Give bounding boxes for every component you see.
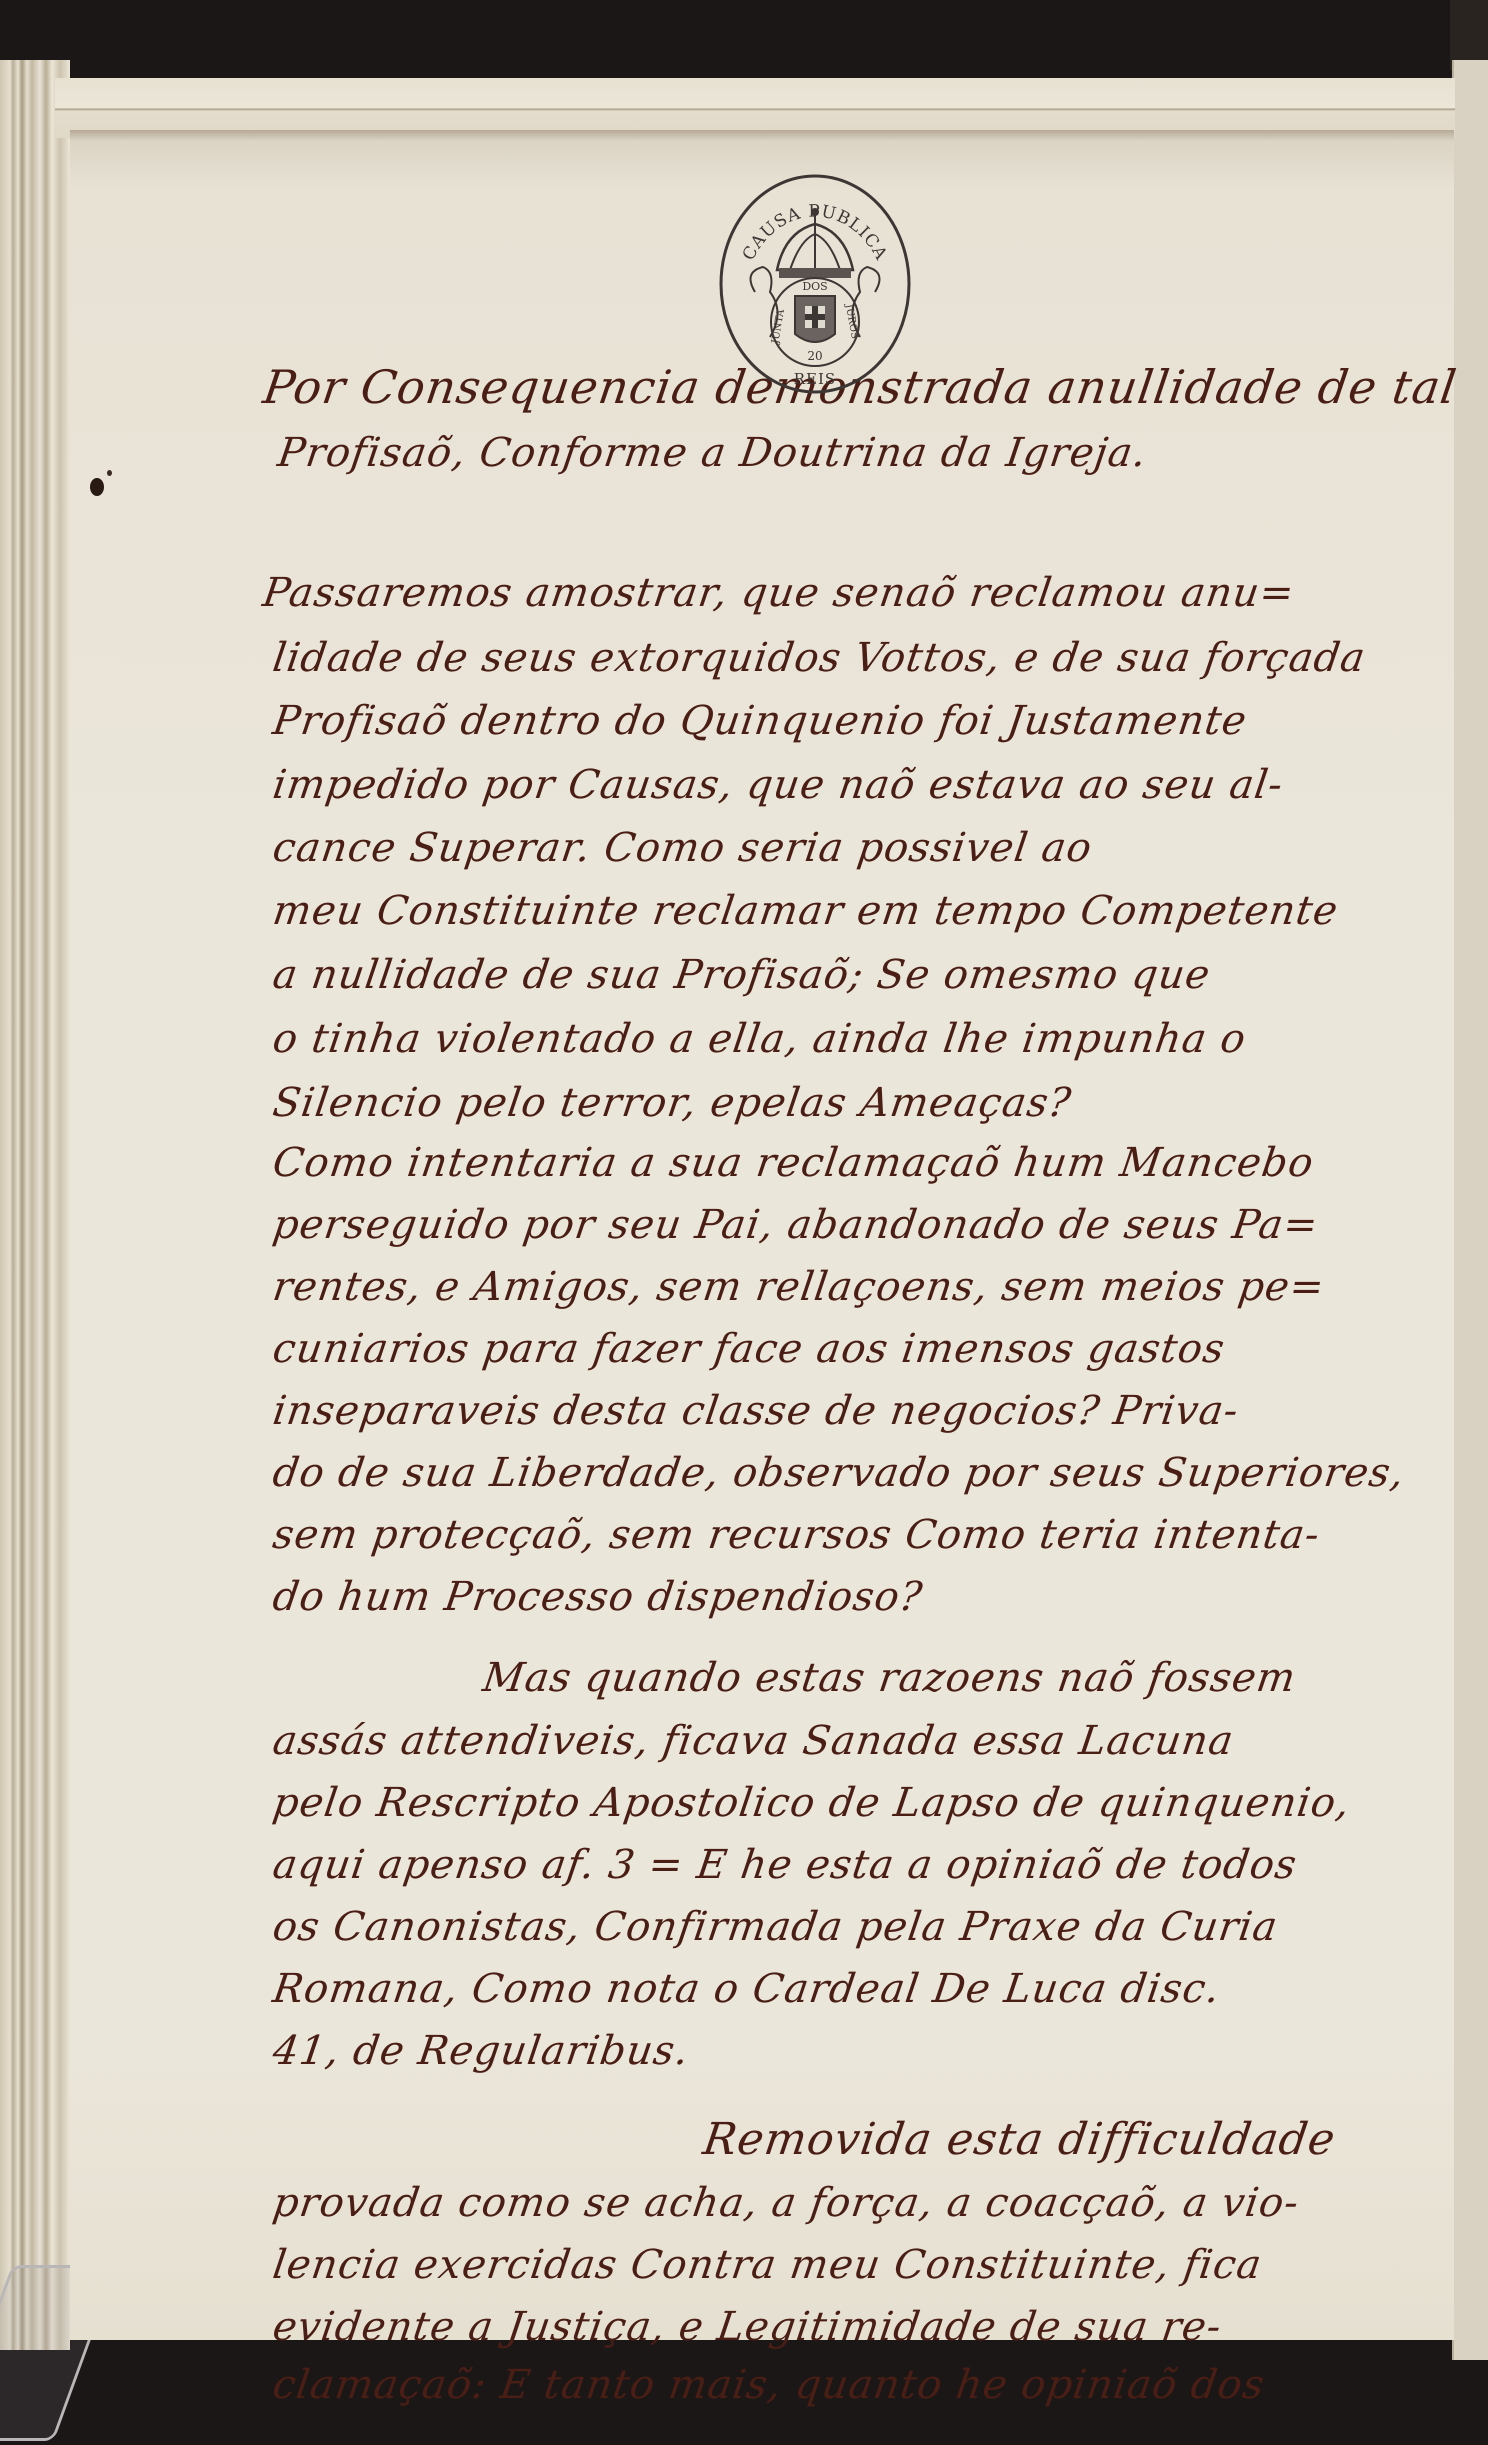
text-line: pelo Rescripto Apostolico de Lapso de qu… bbox=[270, 1780, 1353, 1826]
text-line: aqui apenso af. 3 = E he esta a opiniaõ … bbox=[270, 1842, 1300, 1888]
text-line: Profisaõ, Conforme a Doutrina da Igreja. bbox=[275, 430, 1150, 476]
text-line: o tinha violentado a ella, ainda lhe imp… bbox=[270, 1016, 1249, 1062]
tax-stamp-seal-icon: CAUSA PUBLICA DOS JUNTA JUROS 20 REIS bbox=[715, 172, 915, 397]
svg-text:REIS: REIS bbox=[794, 370, 836, 388]
text-line: cance Superar. Como seria possivel ao bbox=[270, 825, 1095, 871]
text-line: provada como se acha, a força, a coacçaõ… bbox=[270, 2180, 1302, 2226]
svg-text:20: 20 bbox=[807, 349, 822, 363]
text-line: do de sua Liberdade, observado por seus … bbox=[270, 1450, 1408, 1496]
text-line: sem protecçaõ, sem recursos Como teria i… bbox=[270, 1512, 1323, 1558]
text-line: os Canonistas, Confirmada pela Praxe da … bbox=[270, 1904, 1281, 1950]
text-line: Mas quando estas razoens naõ fossem bbox=[480, 1655, 1299, 1701]
text-line: Romana, Como nota o Cardeal De Luca disc… bbox=[270, 1966, 1223, 2012]
text-line: evidente a Justiça, e Legitimidade de su… bbox=[270, 2304, 1225, 2350]
text-line: Como intentaria a sua reclamaçaõ hum Man… bbox=[270, 1140, 1317, 1186]
text-line: Silencio pelo terror, epelas Ameaças? bbox=[270, 1080, 1074, 1126]
text-line: impedido por Causas, que naõ estava ao s… bbox=[270, 762, 1286, 808]
top-page-edges bbox=[55, 78, 1455, 138]
page-stack-edges bbox=[0, 60, 70, 2350]
manuscript-page: Por Consequencia demonstrada anullidade … bbox=[70, 130, 1454, 2340]
text-line: cuniarios para fazer face aos imensos ga… bbox=[270, 1326, 1228, 1372]
text-line: a nullidade de sua Profisaõ; Se omesmo q… bbox=[270, 952, 1213, 998]
text-line: lencia exercidas Contra meu Constituinte… bbox=[270, 2242, 1265, 2288]
text-line: 41, de Regularibus. bbox=[270, 2028, 692, 2074]
text-line: assás attendiveis, ficava Sanada essa La… bbox=[270, 1718, 1237, 1764]
text-line: perseguido por seu Pai, abandonado de se… bbox=[270, 1202, 1321, 1248]
text-line: inseparaveis desta classe de negocios? P… bbox=[270, 1388, 1242, 1434]
text-line: do hum Processo dispendioso? bbox=[270, 1574, 926, 1620]
text-line: clamaçaõ: E tanto mais, quanto he opinia… bbox=[270, 2362, 1268, 2408]
adjacent-page-edge bbox=[1452, 60, 1488, 2360]
text-line: Passaremos amostrar, que senaõ reclamou … bbox=[260, 570, 1298, 616]
ink-blot bbox=[90, 478, 104, 496]
svg-text:DOS: DOS bbox=[802, 280, 827, 293]
text-line: rentes, e Amigos, sem rellaçoens, sem me… bbox=[270, 1264, 1328, 1310]
text-line: Profisaõ dentro do Quinquenio foi Justam… bbox=[270, 698, 1250, 744]
text-line: lidade de seus extorquidos Vottos, e de … bbox=[270, 635, 1369, 681]
text-line: Removida esta difficuldade bbox=[700, 2114, 1339, 2165]
text-line: meu Constituinte reclamar em tempo Compe… bbox=[270, 888, 1341, 934]
ink-blot bbox=[107, 470, 112, 476]
